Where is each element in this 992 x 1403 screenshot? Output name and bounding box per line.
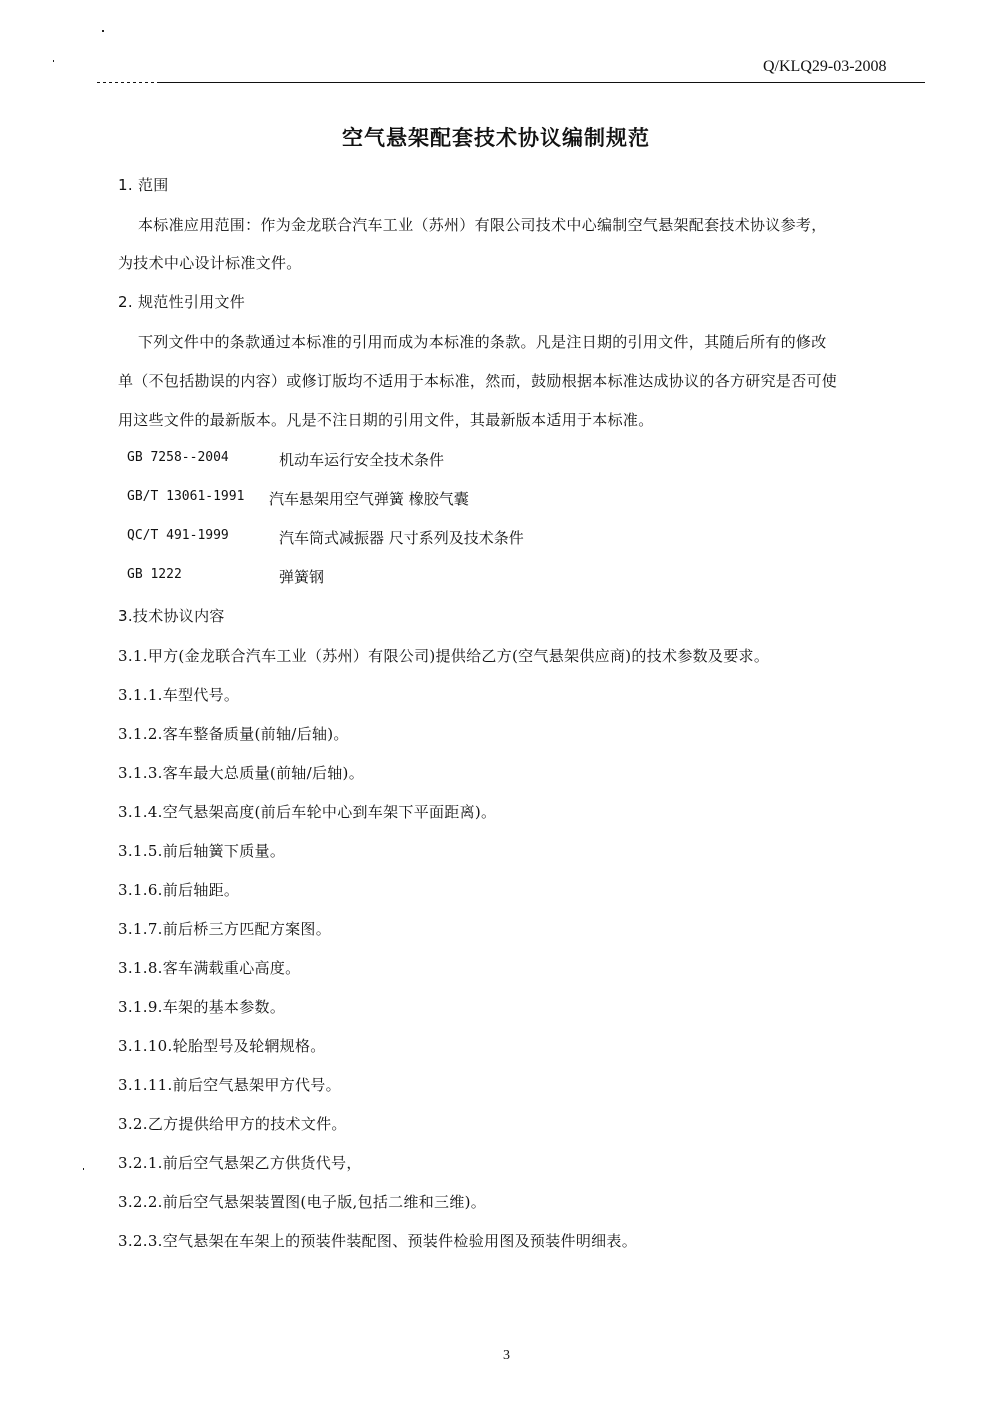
agreement-item: 3.1.11.前后空气悬架甲方代号。 (118, 1074, 341, 1095)
section-heading-normative-references: 2. 规范性引用文件 (118, 291, 245, 312)
agreement-item: 3.1.3.客车最大总质量(前轴/后轴)。 (118, 762, 364, 783)
agreement-item: 3.1.6.前后轴距。 (118, 879, 239, 900)
scan-speck (83, 1168, 84, 1170)
agreement-item: 3.1.1.车型代号。 (118, 684, 239, 705)
header-rule-broken-segment (97, 82, 157, 83)
header-rule (97, 82, 925, 83)
references-paragraph-line: 单（不包括勘误的内容）或修订版均不适用于本标准，然而，鼓励根据本标准达成协议的各… (118, 370, 837, 391)
section-heading-technical-agreement: 3.技术协议内容 (118, 605, 225, 626)
reference-title: 弹簧钢 (279, 566, 324, 587)
agreement-item: 3.1.4.空气悬架高度(前后车轮中心到车架下平面距离)。 (118, 801, 496, 822)
section-heading-scope: 1. 范围 (118, 174, 169, 195)
agreement-item: 3.1.9.车架的基本参数。 (118, 996, 285, 1017)
reference-code: GB 7258--2004 (127, 450, 229, 465)
agreement-item: 3.2.3.空气悬架在车架上的预装件装配图、预装件检验用图及预装件明细表。 (118, 1230, 637, 1251)
agreement-item: 3.1.8.客车满载重心高度。 (118, 957, 300, 978)
agreement-item: 3.2.1.前后空气悬架乙方供货代号， (118, 1152, 362, 1173)
scope-paragraph-line: 为技术中心设计标准文件。 (118, 252, 302, 273)
reference-code: QC/T 491-1999 (127, 528, 229, 543)
agreement-item: 3.2.乙方提供给甲方的技术文件。 (118, 1113, 347, 1134)
agreement-item: 3.1.10.轮胎型号及轮辋规格。 (118, 1035, 326, 1056)
agreement-item: 3.2.2.前后空气悬架装置图(电子版,包括二维和三维)。 (118, 1191, 486, 1212)
scan-speck (53, 60, 54, 62)
agreement-item: 3.1.2.客车整备质量(前轴/后轴)。 (118, 723, 349, 744)
reference-code: GB 1222 (127, 567, 182, 582)
agreement-item: 3.1.5.前后轴簧下质量。 (118, 840, 285, 861)
document-code: Q/KLQ29-03-2008 (763, 58, 887, 76)
agreement-item: 3.1.甲方(金龙联合汽车工业（苏州）有限公司)提供给乙方(空气悬架供应商)的技… (118, 645, 769, 666)
document-title: 空气悬架配套技术协议编制规范 (0, 122, 992, 152)
agreement-item: 3.1.7.前后桥三方匹配方案图。 (118, 918, 331, 939)
scan-speck (102, 30, 104, 32)
reference-code: GB/T 13061-1991 (127, 489, 244, 504)
page-number: 3 (503, 1348, 510, 1364)
references-paragraph-line: 下列文件中的条款通过本标准的引用而成为本标准的条款。凡是注日期的引用文件，其随后… (138, 331, 827, 352)
references-paragraph-line: 用这些文件的最新版本。凡是不注日期的引用文件，其最新版本适用于本标准。 (118, 409, 654, 430)
scope-paragraph-line: 本标准应用范围：作为金龙联合汽车工业（苏州）有限公司技术中心编制空气悬架配套技术… (138, 214, 827, 235)
reference-title: 汽车筒式减振器 尺寸系列及技术条件 (279, 527, 524, 548)
reference-title: 汽车悬架用空气弹簧 橡胶气囊 (269, 488, 469, 509)
reference-title: 机动车运行安全技术条件 (279, 449, 444, 470)
